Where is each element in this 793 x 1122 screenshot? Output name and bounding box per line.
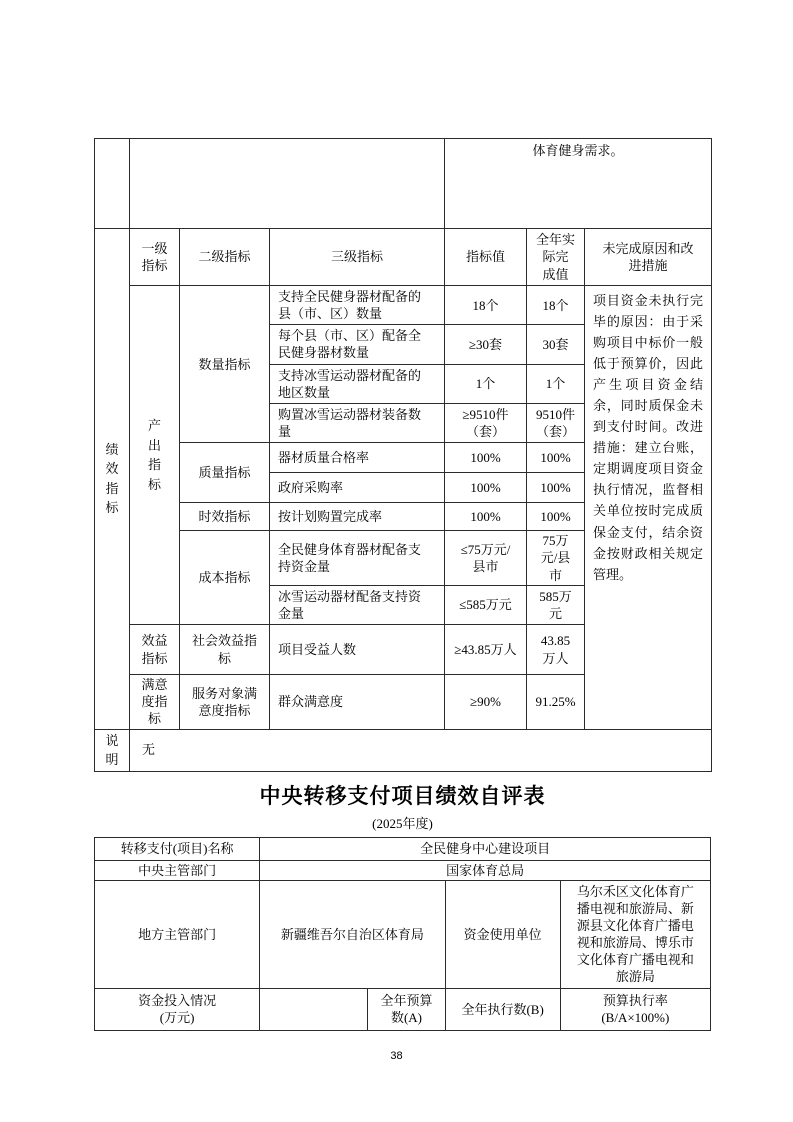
local-label: 地方主管部门: [95, 880, 260, 988]
fund-user-value: 乌尔禾区文化体育广播电视和旅游局、新源县文化体育广播电视和旅游局、博乐市文化体育…: [560, 880, 710, 988]
indicator-target: 100%: [445, 473, 527, 503]
central-label: 中央主管部门: [95, 860, 260, 880]
side-label-cell: 绩效指标: [95, 229, 130, 730]
level2-timeliness: 时效指标: [180, 503, 270, 531]
note-value-cell: 无: [130, 729, 712, 771]
central-value: 国家体育总局: [260, 860, 711, 880]
header-target: 指标值: [445, 229, 527, 286]
indicator-actual: 18个: [527, 286, 585, 325]
header-reason: 未完成原因和改进措施: [585, 229, 712, 286]
note-label: 说明: [105, 731, 119, 770]
indicator-actual: 30套: [527, 325, 585, 364]
header-level2: 二级指标: [180, 229, 270, 286]
indicator-header-row: 绩效指标 一级指标 二级指标 三级指标 指标值 全年实 际完 成值 未完成原因和…: [95, 229, 712, 286]
indicator-actual: 91.25%: [527, 675, 585, 729]
header-level3: 三级指标: [270, 229, 445, 286]
local-dept-row: 地方主管部门 新疆维吾尔自治区体育局 资金使用单位 乌尔禾区文化体育广播电视和旅…: [95, 880, 711, 988]
indicator-name: 冰雪运动器材配备支持资金量: [270, 585, 445, 624]
selfeval-table: 转移支付(项目)名称 全民健身中心建设项目 中央主管部门 国家体育总局 地方主管…: [94, 837, 711, 1031]
local-value: 新疆维吾尔自治区体育局: [260, 880, 445, 988]
indicator-actual: 9510件（套）: [527, 403, 585, 442]
level1-output-label: 产出指标: [148, 416, 162, 494]
indicator-name: 政府采购率: [270, 473, 445, 503]
note-row: 说明 无: [95, 729, 712, 771]
indicator-target: ≥43.85万人: [445, 625, 527, 675]
indicator-target: 100%: [445, 503, 527, 531]
indicator-actual: 585万元: [527, 585, 585, 624]
indicator-actual: 100%: [527, 503, 585, 531]
rate-label: 预算执行率 (B/A×100%): [560, 988, 710, 1030]
indicator-name: 项目受益人数: [270, 625, 445, 675]
project-name-row: 转移支付(项目)名称 全民健身中心建设项目: [95, 837, 711, 860]
level2-cost: 成本指标: [180, 531, 270, 625]
central-dept-row: 中央主管部门 国家体育总局: [95, 860, 711, 880]
indicator-target: 18个: [445, 286, 527, 325]
side-label-performance: 绩效指标: [105, 440, 119, 518]
note-label-cell: 说明: [95, 729, 130, 771]
indicator-name: 支持全民健身器材配备的县（市、区）数量: [270, 286, 445, 325]
level2-social: 社会效益指标: [180, 625, 270, 675]
fund-input-row: 资金投入情况 (万元) 全年预算数(A) 全年执行数(B) 预算执行率 (B/A…: [95, 988, 711, 1030]
table-row: 产出指标 数量指标 支持全民健身器材配备的县（市、区）数量 18个 18个 项目…: [95, 286, 712, 325]
reason-cell: 项目资金未执行完毕的原因：由于采购项目中标价一般低于预算价，因此产生项目资金结余…: [585, 286, 712, 730]
indicator-name: 按计划购置完成率: [270, 503, 445, 531]
level1-satisfaction: 满意度指标: [130, 675, 180, 729]
page-content: 体育健身需求。 绩效指标 一级指标 二级指标 三级指标 指标值 全年实 际完 成…: [94, 138, 711, 1031]
budget-label: 全年预算数(A): [368, 988, 445, 1030]
fund-user-label: 资金使用单位: [445, 880, 560, 988]
performance-indicator-table: 体育健身需求。 绩效指标 一级指标 二级指标 三级指标 指标值 全年实 际完 成…: [94, 138, 712, 772]
indicator-target: 1个: [445, 364, 527, 403]
indicator-target: ≥90%: [445, 675, 527, 729]
level2-service: 服务对象满意度指标: [180, 675, 270, 729]
indicator-name: 支持冰雪运动器材配备的地区数量: [270, 364, 445, 403]
indicator-target: ≥9510件（套）: [445, 403, 527, 442]
header-actual: 全年实 际完 成值: [527, 229, 585, 286]
indicator-name: 器材质量合格率: [270, 443, 445, 473]
continuation-row: 体育健身需求。: [95, 139, 712, 229]
investment-empty-cell: [260, 988, 368, 1030]
level2-quality: 质量指标: [180, 443, 270, 503]
indicator-name: 群众满意度: [270, 675, 445, 729]
execution-label: 全年执行数(B): [445, 988, 560, 1030]
level1-benefit: 效益指标: [130, 625, 180, 675]
continuation-note-cell: 体育健身需求。: [445, 139, 712, 229]
project-value: 全民健身中心建设项目: [260, 837, 711, 860]
indicator-actual: 100%: [527, 473, 585, 503]
indicator-actual: 100%: [527, 443, 585, 473]
level1-output: 产出指标: [130, 286, 180, 625]
indicator-actual: 75万元/县市: [527, 531, 585, 585]
project-label: 转移支付(项目)名称: [95, 837, 260, 860]
indicator-name: 每个县（市、区）配备全民健身器材数量: [270, 325, 445, 364]
indicator-target: ≤585万元: [445, 585, 527, 624]
page-number: 38: [0, 1050, 793, 1062]
indicator-name: 购置冰雪运动器材装备数量: [270, 403, 445, 442]
indicator-actual: 1个: [527, 364, 585, 403]
indicator-actual: 43.85万人: [527, 625, 585, 675]
indicator-target: 100%: [445, 443, 527, 473]
header-level1: 一级指标: [130, 229, 180, 286]
continuation-body-cell: [130, 139, 445, 229]
investment-label: 资金投入情况 (万元): [95, 988, 260, 1030]
level2-quantity: 数量指标: [180, 286, 270, 443]
document-page: 体育健身需求。 绩效指标 一级指标 二级指标 三级指标 指标值 全年实 际完 成…: [0, 0, 793, 1122]
selfeval-subtitle: (2025年度): [94, 813, 711, 832]
indicator-name: 全民健身体育器材配备支持资金量: [270, 531, 445, 585]
selfeval-title: 中央转移支付项目绩效自评表: [94, 780, 711, 810]
indicator-target: ≥30套: [445, 325, 527, 364]
continuation-side-cell: [95, 139, 130, 229]
indicator-target: ≤75万元/ 县市: [445, 531, 527, 585]
